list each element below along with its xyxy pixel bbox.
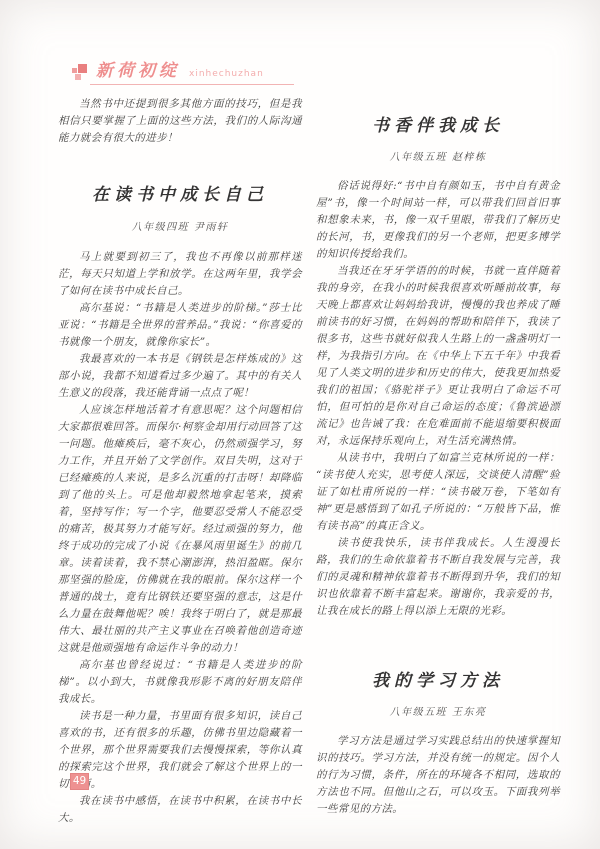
content-columns: 当然书中还提到很多其他方面的技巧，但是我相信只要掌握了上面的这些方法，我们的人际… xyxy=(58,96,560,827)
body-paragraph: 当我还在牙牙学语的的时候，书就一直伴随着我的身旁，在我小的时候我很喜欢听睡前故事… xyxy=(316,263,560,450)
intro-paragraph: 当然书中还提到很多其他方面的技巧，但是我相信只要掌握了上面的这些方法，我们的人际… xyxy=(58,96,302,147)
brand-header: 新荷初绽 xinhechuzhan xyxy=(72,56,294,85)
body-paragraph: 读书是一种力量，书里面有很多知识，读自己喜欢的书，还有很多的乐趣，仿佛书里边隐藏… xyxy=(58,708,302,793)
body-paragraph: 高尔基说：“书籍是人类进步的阶梯。”莎士比亚说：“书籍是全世界的营养品。”我说：… xyxy=(58,300,302,351)
article-body: 俗话说得好:“书中自有颜如玉，书中自有黄金屋”书，像一个时间站一样，可以带我们回… xyxy=(316,178,560,620)
article-title-reading-growth: 在读书中成长自己 xyxy=(58,180,302,205)
body-paragraph: 读书使我快乐，读书伴我成长。人生漫漫长路，我们的生命依靠着书不断自我发展与完善，… xyxy=(316,535,560,620)
body-paragraph: 高尔基也曾经说过：“书籍是人类进步的阶梯”。以小到大，书就像我形影不离的好朋友陪… xyxy=(58,657,302,708)
body-paragraph: 人应该怎样地活着才有意思呢？这个问题相信大家都很难回答。而保尔·柯察金却用行动回… xyxy=(58,402,302,657)
article-body: 学习方法是通过学习实践总结出的快速掌握知识的技巧。学习方法，并没有统一的规定。因… xyxy=(316,733,560,818)
logo-mark-icon xyxy=(72,63,89,80)
header-divider xyxy=(90,84,294,85)
body-paragraph: 我最喜欢的一本书是《钢铁是怎样炼成的》这部小说，我都不知道看过多少遍了。其中的有… xyxy=(58,351,302,402)
brand-name: 新荷初绽 xyxy=(96,56,180,81)
page-number-badge: 49 xyxy=(70,773,89,790)
body-paragraph: 俗话说得好:“书中自有颜如玉，书中自有黄金屋”书，像一个时间站一样，可以带我们回… xyxy=(316,178,560,263)
left-column: 当然书中还提到很多其他方面的技巧，但是我相信只要掌握了上面的这些方法，我们的人际… xyxy=(58,96,302,827)
right-column: 书香伴我成长 八年级五班 赵梓栋 俗话说得好:“书中自有颜如玉，书中自有黄金屋”… xyxy=(316,96,560,818)
article-author: 八年级五班 赵梓栋 xyxy=(316,148,560,163)
body-paragraph: 我在读书中感悟，在读书中积累，在读书中长大。 xyxy=(58,793,302,827)
brand-pinyin: xinhechuzhan xyxy=(189,69,264,79)
article-author: 八年级四班 尹雨轩 xyxy=(58,218,302,233)
magazine-page: 新荷初绽 xinhechuzhan 当然书中还提到很多其他方面的技巧，但是我相信… xyxy=(0,0,600,849)
article-author: 八年级五班 王东亮 xyxy=(316,703,560,718)
article-body: 马上就要到初三了，我也不再像以前那样迷茫，每天只知道上学和放学。在这两年里，我学… xyxy=(58,249,302,827)
body-paragraph: 马上就要到初三了，我也不再像以前那样迷茫，每天只知道上学和放学。在这两年里，我学… xyxy=(58,249,302,300)
article-title-book-fragrance: 书香伴我成长 xyxy=(316,111,560,136)
article-title-study-method: 我的学习方法 xyxy=(316,666,560,691)
body-paragraph: 从读书中，我明白了如富兰克林所说的一样：“读书使人充实，思考使人深远，交谈使人清… xyxy=(316,450,560,535)
body-paragraph: 学习方法是通过学习实践总结出的快速掌握知识的技巧。学习方法，并没有统一的规定。因… xyxy=(316,733,560,818)
